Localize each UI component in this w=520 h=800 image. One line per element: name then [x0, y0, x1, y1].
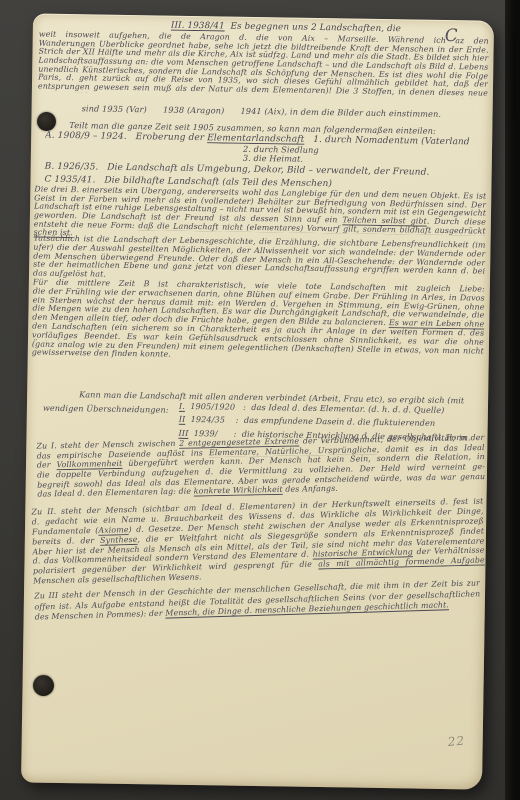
paragraph-middle: Tatsächlich ist die Landschaft der Leben… [32, 235, 486, 365]
punch-hole-top [37, 112, 56, 131]
dates-line: sind 1935 (Var) 1938 (Aragon) 1941 (Aix)… [82, 104, 482, 119]
punch-hole-bottom [33, 675, 54, 696]
paragraph-zu-ii: Zu II. steht der Mensch (sichtbar am Ide… [31, 496, 485, 586]
chronology-sublist: 2. durch Siedlung3. die Heimat. [243, 145, 443, 167]
paragraph-zu-i: Zu I. steht der Mensch zwischen 2 entgeg… [36, 433, 485, 500]
page-number: 22 [447, 733, 465, 748]
paragraph-zu-iii: Zu III steht der Mensch in der Geschicht… [34, 578, 481, 623]
scanned-manuscript-page: { "document": { "corner_mark": "C", "pag… [0, 0, 520, 800]
paragraph-intro: weit insoweit aufgehen, die de Aragon d.… [38, 31, 489, 99]
scan-background-edge [505, 0, 520, 800]
paper-sheet: C III. 1938/41 Es begegnen uns 2 Landsch… [21, 13, 494, 789]
